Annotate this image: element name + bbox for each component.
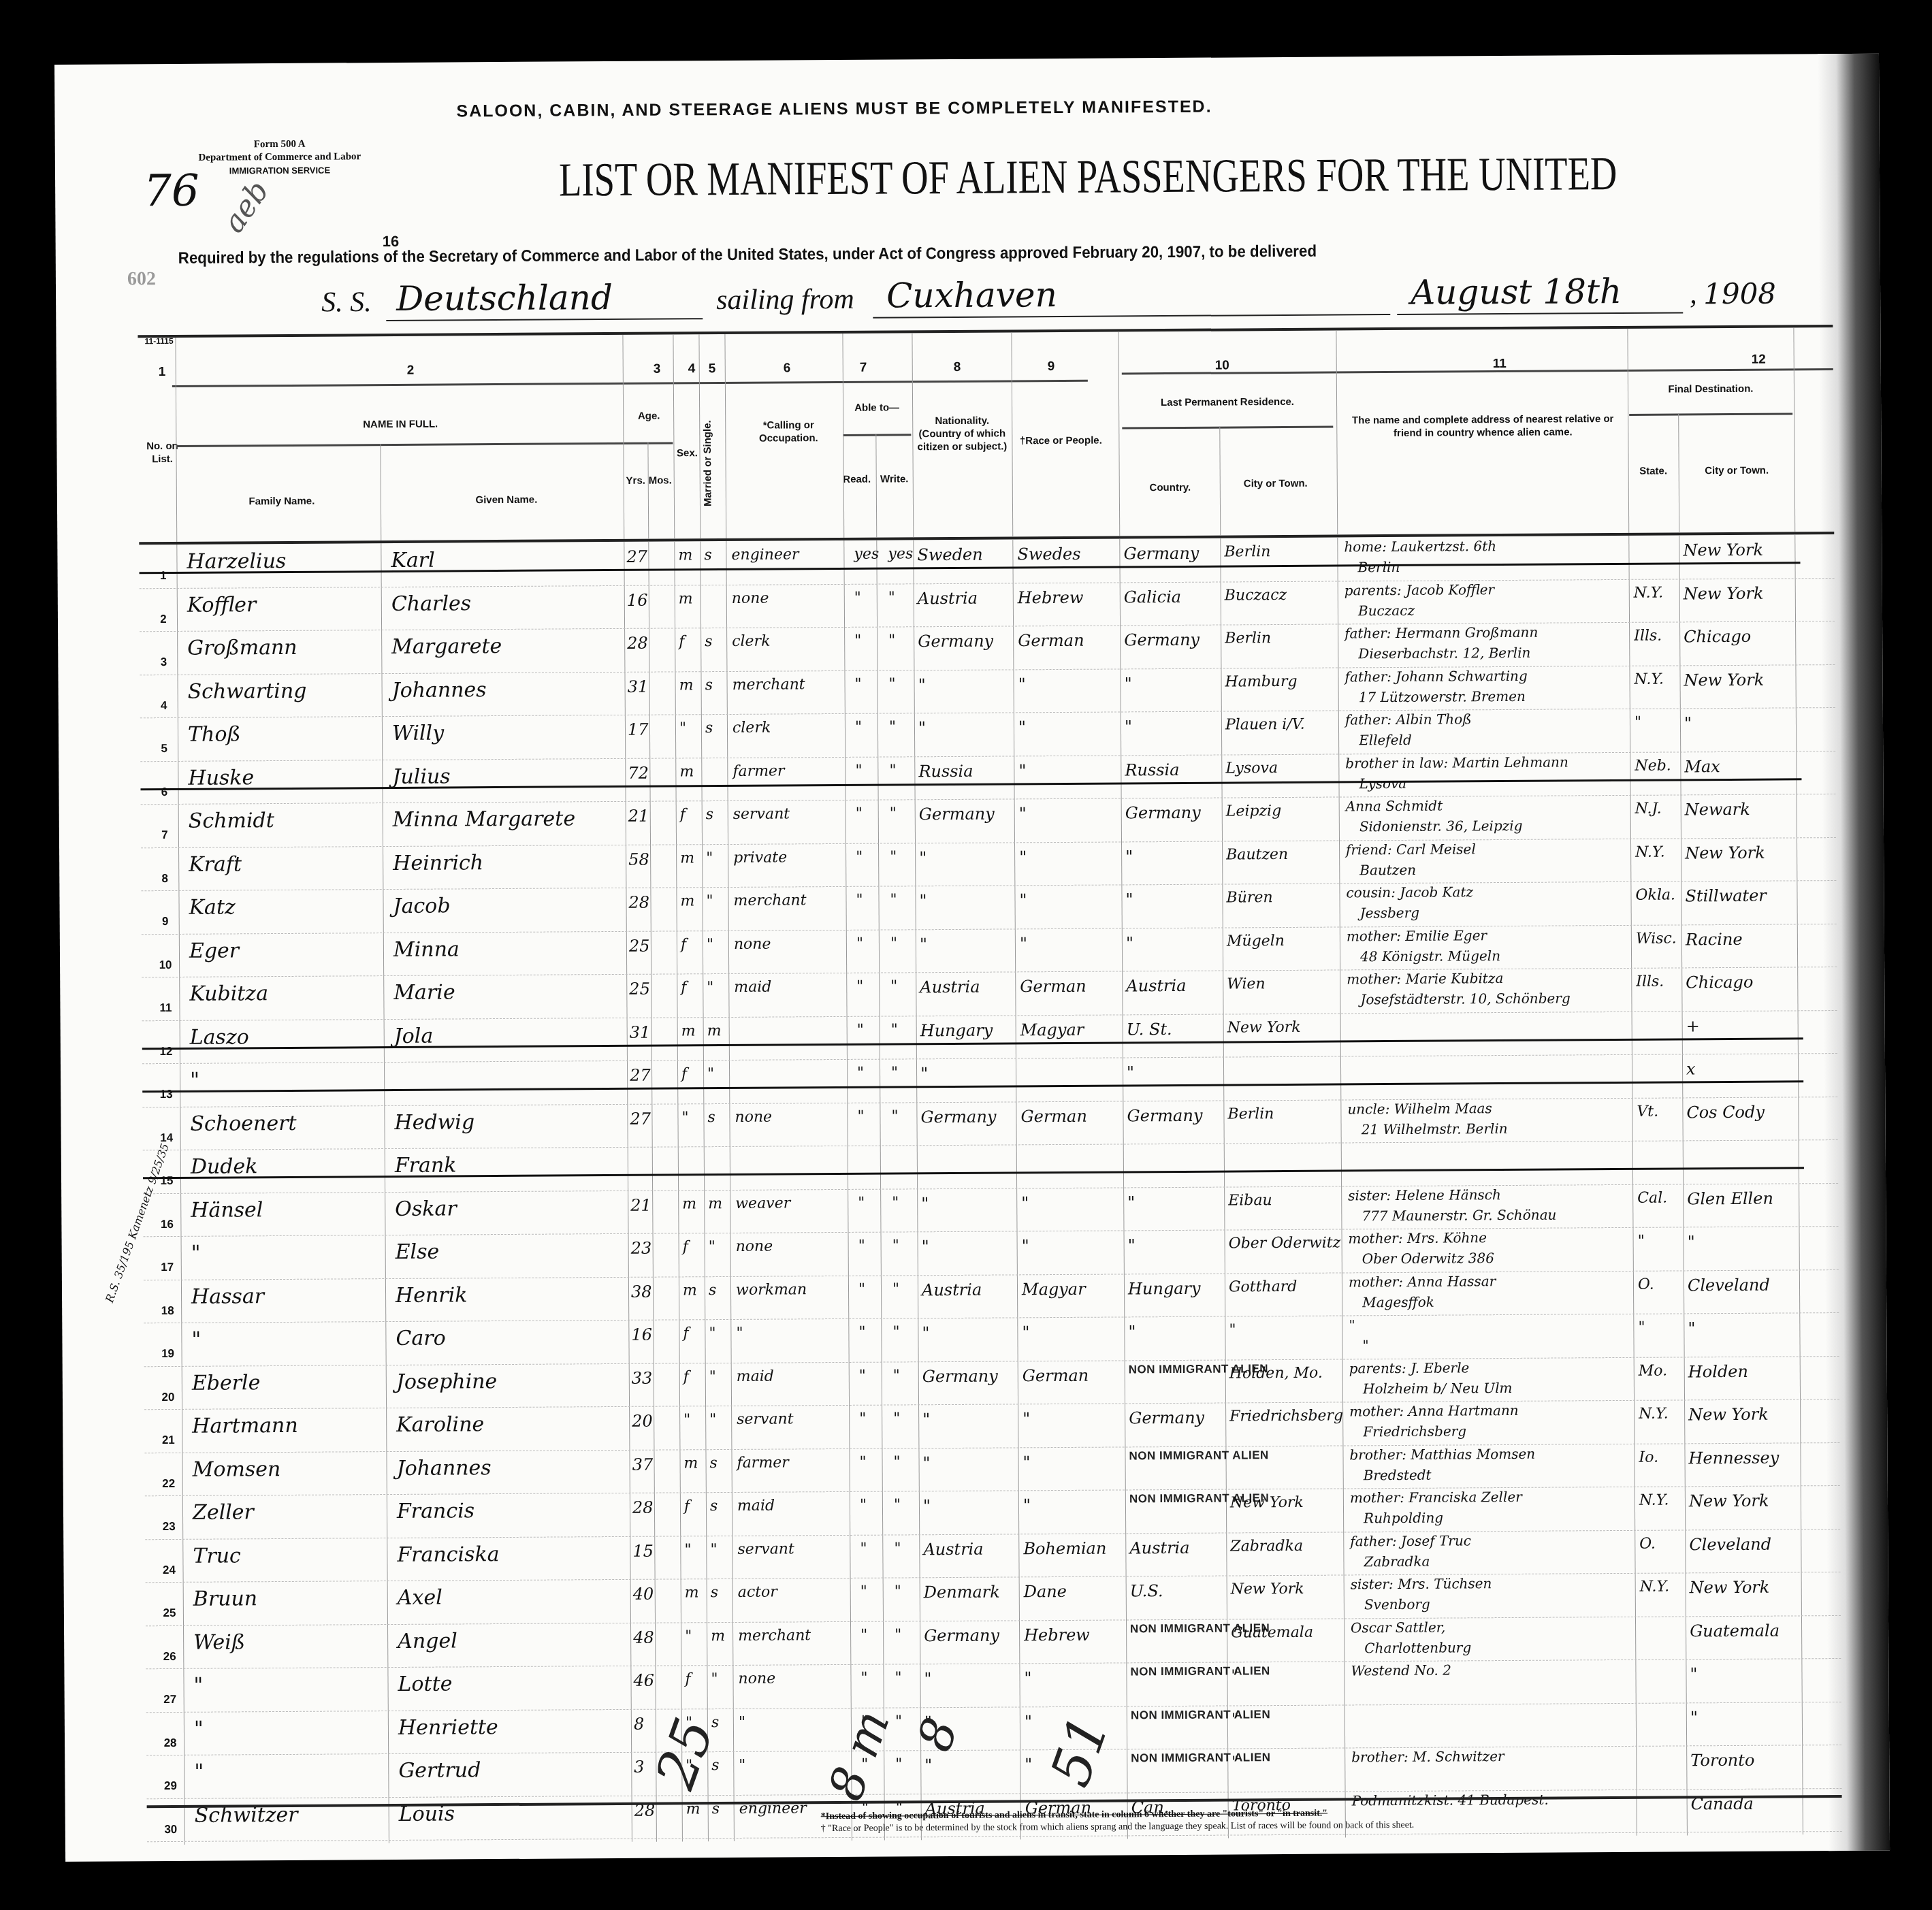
row-number: 2 — [140, 612, 187, 626]
dest-city-cell: New York — [1690, 1578, 1770, 1598]
occupation-cell: none — [735, 1108, 772, 1125]
header-last-residence: Last Permanent Residence. — [1122, 395, 1333, 410]
residence-city-cell: Leipzig — [1226, 803, 1282, 820]
age-cell: 38 — [631, 1282, 652, 1301]
read-cell: " — [859, 1410, 866, 1427]
marital-status-cell: " — [706, 892, 713, 909]
marital-status-cell: s — [707, 1109, 715, 1126]
header-nearest-relative: The name and complete address of nearest… — [1340, 412, 1626, 440]
write-cell: " — [892, 1280, 899, 1297]
nationality-cell: " — [922, 1237, 929, 1256]
relative-address-cell: Ober Oderwitz 386 — [1362, 1250, 1494, 1267]
given-name-cell: Margarete — [391, 634, 502, 659]
relative-name-cell: mother: Anna Hassar — [1349, 1273, 1496, 1290]
write-cell: " — [895, 1669, 901, 1686]
residence-country-cell: Germany — [1123, 544, 1199, 564]
race-cell: " — [1019, 847, 1027, 867]
sex-cell: m — [681, 1022, 696, 1039]
family-name-cell: Schmidt — [189, 809, 274, 833]
header-family-name: Family Name. — [180, 494, 384, 508]
read-cell: yes — [854, 546, 879, 563]
family-name-cell: " — [191, 1328, 201, 1352]
write-cell: " — [891, 1107, 898, 1124]
given-name-cell: Francis — [397, 1499, 474, 1523]
occupation-cell: none — [734, 935, 771, 952]
relative-name-cell: brother in law: Martin Lehmann — [1345, 754, 1568, 771]
sex-cell: m — [680, 849, 694, 867]
manifest-table: 11-1115 1 2 3 4 5 6 7 8 9 10 11 12 No. o… — [138, 325, 1842, 1845]
occupation-cell: actor — [738, 1584, 777, 1601]
row-number: 30 — [147, 1822, 195, 1836]
read-cell: " — [857, 1065, 864, 1082]
residence-city-cell: Wien — [1227, 975, 1266, 992]
sex-cell: " — [685, 1628, 692, 1645]
ship-name: Deutschland — [396, 278, 613, 319]
occupation-cell: private — [733, 849, 787, 866]
dest-state-cell: Wisc. — [1636, 930, 1677, 947]
race-cell: Dane — [1024, 1582, 1067, 1601]
marital-status-cell: " — [709, 1238, 715, 1255]
age-cell: 37 — [632, 1455, 653, 1474]
family-name-cell: Schoenert — [190, 1111, 296, 1135]
given-name-cell: Angel — [398, 1629, 457, 1653]
nationality-cell: Germany — [922, 1366, 998, 1386]
family-name-cell: Hassar — [191, 1284, 264, 1309]
race-cell: Magyar — [1022, 1279, 1086, 1299]
relative-name-cell: father: Johann Schwarting — [1345, 667, 1527, 685]
dest-city-cell: " — [1688, 1232, 1695, 1251]
residence-city-cell: New York — [1230, 1494, 1304, 1512]
read-cell: " — [860, 1670, 867, 1687]
residence-city-cell: " — [1231, 1753, 1238, 1770]
dest-state-cell: Vt. — [1637, 1103, 1658, 1120]
dest-city-cell: New York — [1688, 1405, 1769, 1425]
nationality-cell: " — [923, 1496, 931, 1515]
age-cell: 31 — [628, 677, 649, 696]
sex-cell: f — [683, 1368, 689, 1385]
given-name-cell: Johannes — [396, 1456, 491, 1480]
occupation-cell: workman — [736, 1281, 807, 1299]
nationality-cell: Germany — [924, 1625, 999, 1645]
header-no-on-list: No. on List. — [138, 440, 186, 466]
relative-address-cell: Charlottenburg — [1364, 1639, 1471, 1656]
age-cell: 27 — [626, 547, 647, 566]
age-cell: 25 — [629, 936, 650, 955]
age-cell: 15 — [632, 1541, 654, 1560]
residence-country-cell: Austria — [1126, 976, 1186, 996]
col-num-7: 7 — [860, 361, 867, 376]
given-name-cell: Hedwig — [394, 1110, 474, 1135]
relative-name-cell: uncle: Wilhelm Maas — [1347, 1100, 1492, 1117]
family-name-cell: Zeller — [193, 1500, 254, 1525]
row-number: 11 — [142, 1001, 189, 1015]
occupation-cell: weaver — [735, 1195, 790, 1212]
read-cell: " — [859, 1367, 866, 1384]
row-number: 20 — [144, 1390, 192, 1404]
marital-status-cell: s — [710, 1498, 718, 1515]
page-title: LIST OR MANIFEST OF ALIEN PASSENGERS FOR… — [559, 147, 1617, 208]
dest-city-cell: Cleveland — [1689, 1534, 1771, 1554]
sex-cell: f — [683, 1238, 688, 1255]
relative-address-cell: Sidonienstr. 36, Leipzig — [1359, 818, 1523, 835]
table-header: 11-1115 1 2 3 4 5 6 7 8 9 10 11 12 No. o… — [138, 325, 1834, 545]
write-cell: " — [889, 675, 896, 692]
dest-city-cell: New York — [1683, 540, 1763, 560]
age-cell: 16 — [631, 1325, 652, 1344]
given-name-cell: Minna — [393, 937, 460, 962]
age-cell: 33 — [632, 1368, 653, 1387]
marital-status-cell: " — [706, 849, 713, 867]
race-cell: " — [1023, 1495, 1031, 1515]
service-label: IMMIGRATION SERVICE — [191, 163, 368, 178]
nationality-cell: Austria — [923, 1539, 983, 1559]
nationality-cell: " — [920, 935, 927, 954]
given-name-cell: Henriette — [398, 1715, 498, 1740]
write-cell: " — [893, 1410, 900, 1427]
age-cell: 16 — [627, 590, 648, 609]
family-name-cell: Kraft — [189, 852, 242, 876]
dest-state-cell: N.Y. — [1640, 1579, 1670, 1596]
marital-status-cell: " — [710, 1541, 717, 1558]
residence-city-cell: Bautzen — [1226, 845, 1288, 863]
non-immigrant-stamp: NON IMMIGRANT ALIEN — [1130, 1664, 1270, 1679]
sex-cell: m — [683, 1455, 698, 1472]
read-cell: " — [858, 1194, 865, 1211]
nationality-cell: Russia — [918, 761, 973, 780]
race-cell: " — [1022, 1236, 1029, 1255]
occupation-cell: merchant — [732, 676, 805, 694]
nationality-cell: Austria — [922, 1280, 982, 1299]
dest-state-cell: N.Y. — [1634, 670, 1664, 687]
write-cell: " — [892, 1194, 899, 1211]
given-name-cell: Lotte — [398, 1672, 452, 1696]
header-city: City or Town. — [1221, 477, 1330, 491]
sailing-date: August 18th — [1411, 272, 1622, 312]
occupation-cell: merchant — [738, 1627, 811, 1645]
dest-state-cell: " — [1635, 714, 1641, 731]
read-cell: " — [859, 1453, 866, 1470]
nationality-cell: " — [920, 1064, 928, 1083]
nationality-cell: " — [922, 1410, 930, 1429]
relative-address-cell: " — [1362, 1337, 1368, 1353]
sex-cell: f — [681, 979, 686, 996]
age-cell: 25 — [629, 980, 650, 999]
occupation-cell: clerk — [732, 633, 770, 650]
row-number: 19 — [144, 1347, 192, 1361]
nationality-cell: " — [924, 1755, 932, 1775]
relative-address-cell: Josefstädterstr. 10, Schönberg — [1360, 990, 1570, 1007]
age-cell: 48 — [633, 1628, 654, 1647]
page-number-mark: 76 — [144, 166, 199, 216]
dest-city-cell: Chicago — [1684, 627, 1751, 647]
row-number: 26 — [146, 1649, 193, 1663]
age-cell: 28 — [627, 634, 648, 653]
sex-cell: m — [679, 590, 693, 607]
marital-status-cell: " — [709, 1368, 716, 1385]
row-number: 22 — [145, 1476, 193, 1490]
row-number: 25 — [146, 1606, 193, 1620]
relative-name-cell: sister: Helene Hänsch — [1348, 1186, 1501, 1203]
marital-status-cell: " — [709, 1325, 715, 1342]
occupation-cell: " — [739, 1713, 745, 1730]
ss-label: S. S. — [321, 286, 372, 319]
given-name-cell: Josephine — [396, 1370, 498, 1394]
sex-cell: f — [685, 1670, 690, 1687]
sex-cell: f — [681, 936, 686, 953]
dest-city-cell: New York — [1685, 843, 1765, 862]
race-cell: " — [1023, 1409, 1030, 1428]
dest-state-cell: Cal. — [1637, 1189, 1667, 1206]
write-cell: " — [890, 977, 897, 994]
dest-state-cell: O. — [1638, 1276, 1654, 1293]
read-cell: " — [856, 848, 863, 865]
age-cell: 20 — [632, 1412, 653, 1431]
dest-city-cell: " — [1688, 1318, 1695, 1338]
relative-name-cell: mother: Anna Hartmann — [1349, 1402, 1519, 1420]
initials-mark: aeb — [216, 174, 276, 239]
row-number: 7 — [141, 828, 189, 842]
header-sex: Sex. — [675, 447, 699, 459]
given-name-cell: Julius — [392, 764, 450, 789]
sex-cell: m — [678, 547, 692, 564]
write-cell: " — [891, 1021, 898, 1038]
col-num-2: 2 — [407, 363, 415, 378]
relative-name-cell: parents: J. Eberle — [1349, 1359, 1470, 1376]
residence-country-cell: " — [1124, 674, 1131, 693]
given-name-cell: Axel — [398, 1586, 442, 1610]
dest-city-cell: Holden — [1688, 1361, 1748, 1381]
family-name-cell: Hartmann — [192, 1414, 298, 1438]
sex-cell: f — [683, 1325, 688, 1342]
age-cell: 17 — [628, 720, 649, 739]
occupation-cell: none — [738, 1670, 775, 1687]
nationality-cell: " — [918, 675, 926, 694]
dest-city-cell: " — [1690, 1708, 1698, 1727]
marital-status-cell: s — [709, 1282, 716, 1299]
marital-status-cell: m — [708, 1195, 722, 1212]
family-name-cell: Thoß — [188, 722, 241, 746]
marital-status-cell: " — [707, 1065, 714, 1082]
relative-name-cell: mother: Emilie Eger — [1347, 927, 1487, 944]
dest-city-cell: Chicago — [1686, 973, 1753, 992]
row-number: 17 — [144, 1261, 191, 1274]
footnotes: *Instead of showing occupation of touris… — [821, 1807, 1415, 1835]
nationality-cell: " — [919, 848, 927, 867]
relative-address-cell: Berlin — [1357, 559, 1400, 575]
given-name-cell: Oskar — [395, 1197, 457, 1221]
dest-state-cell: " — [1638, 1233, 1645, 1250]
given-name-cell: Karl — [391, 549, 434, 572]
age-cell: 27 — [630, 1109, 651, 1128]
given-name-cell: Jacob — [393, 894, 450, 918]
dest-city-cell: New York — [1684, 670, 1764, 690]
residence-country-cell: " — [1128, 1322, 1136, 1341]
form-number: Form 500 A — [191, 137, 368, 152]
col-num-10: 10 — [1215, 358, 1229, 373]
dest-state-cell: Ills. — [1636, 973, 1664, 990]
age-cell: 23 — [631, 1239, 652, 1258]
race-cell: " — [1024, 1668, 1031, 1687]
race-cell: " — [1018, 717, 1026, 737]
sex-cell: m — [679, 763, 694, 780]
occupation-cell: servant — [737, 1540, 794, 1558]
family-name-cell: Dudek — [191, 1154, 258, 1179]
write-cell: " — [895, 1626, 901, 1643]
relative-name-cell: brother: Matthias Momsen — [1349, 1445, 1535, 1463]
occupation-cell: " — [736, 1325, 743, 1342]
dest-state-cell: N.Y. — [1634, 584, 1664, 601]
header-final-destination: Final Destination. — [1629, 382, 1792, 395]
age-cell: 46 — [633, 1671, 654, 1690]
family-name-cell: Koffler — [187, 593, 257, 617]
family-name-cell: Großmann — [187, 636, 297, 660]
family-name-cell: Bruun — [193, 1587, 258, 1611]
read-cell: " — [855, 675, 862, 692]
header-name-in-full: NAME IN FULL. — [179, 417, 622, 432]
read-cell: " — [855, 719, 862, 736]
write-cell: " — [889, 718, 896, 735]
race-cell: " — [1019, 804, 1027, 823]
family-name-cell: Huske — [188, 766, 254, 790]
dest-state-cell: Mo. — [1639, 1362, 1668, 1379]
given-name-cell: Willy — [392, 722, 444, 745]
department-label: Department of Commerce and Labor — [191, 150, 368, 165]
write-cell: " — [890, 805, 897, 822]
dest-city-cell: New York — [1684, 583, 1764, 603]
residence-city-cell: " — [1231, 1711, 1238, 1728]
row-number: 3 — [140, 655, 187, 669]
occupation-cell: maid — [734, 979, 771, 996]
row-number: 23 — [145, 1520, 193, 1534]
dest-city-cell: " — [1684, 713, 1692, 732]
relative-address-cell: Zabradka — [1364, 1553, 1430, 1570]
col-num-5: 5 — [709, 361, 716, 376]
row-number: 27 — [146, 1693, 194, 1706]
form-identifier: Form 500 A Department of Commerce and La… — [191, 137, 368, 178]
sex-cell: " — [684, 1541, 691, 1558]
relative-name-cell: parents: Jacob Koffler — [1345, 581, 1494, 598]
race-cell: " — [1021, 1193, 1029, 1212]
dest-city-cell: Max — [1684, 757, 1720, 776]
row-number: 8 — [141, 871, 189, 885]
dest-state-cell: Neb. — [1635, 757, 1671, 774]
relative-name-cell: father: Albin Thoß — [1345, 711, 1472, 728]
race-cell: " — [1022, 1323, 1029, 1342]
read-cell: " — [854, 589, 861, 606]
residence-city-cell: " — [1229, 1321, 1236, 1338]
dest-city-cell: " — [1690, 1664, 1697, 1683]
dest-state-cell: N.Y. — [1635, 843, 1665, 860]
residence-country-cell: Germany — [1125, 803, 1201, 823]
nationality-cell: " — [922, 1323, 929, 1342]
nationality-cell: Sweden — [917, 545, 982, 565]
residence-country-cell: " — [1125, 847, 1133, 866]
residence-city-cell: Berlin — [1225, 630, 1271, 647]
marital-status-cell: " — [707, 936, 713, 953]
stamp-number: 602 — [127, 268, 156, 290]
race-cell: German — [1023, 1365, 1089, 1385]
given-name-cell: Marie — [393, 980, 455, 1005]
residence-city-cell: Plauen i/V. — [1225, 716, 1305, 734]
family-name-cell: " — [194, 1760, 204, 1784]
nationality-cell: " — [919, 891, 927, 910]
write-cell: yes — [888, 545, 913, 562]
nationality-cell: Germany — [919, 805, 995, 824]
relative-name-cell: mother: Franciska Zeller — [1350, 1489, 1522, 1506]
relative-address-cell: 48 Königstr. Mügeln — [1360, 948, 1500, 965]
write-cell: " — [890, 935, 897, 952]
row-number: 6 — [140, 785, 188, 798]
residence-city-cell: Büren — [1226, 889, 1272, 906]
age-cell: 58 — [628, 849, 649, 869]
relative-address-cell: Holzheim b/ Neu Ulm — [1363, 1379, 1513, 1396]
nationality-cell: " — [922, 1453, 930, 1472]
col-num-12: 12 — [1752, 353, 1766, 368]
occupation-cell: none — [736, 1238, 773, 1255]
sex-cell: f — [681, 1065, 687, 1082]
write-cell: " — [895, 1755, 902, 1773]
residence-city-cell: Zabradka — [1230, 1537, 1303, 1555]
age-cell: 27 — [630, 1066, 651, 1085]
dest-city-cell: Stillwater — [1685, 886, 1766, 906]
print-code: 11-1115 — [144, 336, 173, 346]
relative-name-cell: father: Josef Truc — [1350, 1532, 1471, 1549]
relative-name-cell: sister: Mrs. Tüchsen — [1351, 1575, 1492, 1592]
col-num-8: 8 — [954, 360, 961, 375]
race-cell: Hebrew — [1018, 587, 1084, 607]
header-dest-city: City or Town. — [1681, 464, 1793, 477]
row-number: 28 — [146, 1736, 194, 1749]
header-married-single: Married or Single. — [701, 409, 715, 518]
nationality-cell: Denmark — [924, 1583, 1000, 1602]
dest-state-cell: N.Y. — [1639, 1492, 1669, 1509]
nationality-cell: Hungary — [920, 1020, 993, 1040]
write-cell: " — [890, 848, 897, 865]
write-cell: " — [893, 1453, 900, 1470]
dest-city-cell: Newark — [1685, 800, 1750, 820]
marital-status-cell: s — [705, 719, 713, 737]
relative-address-cell: Svenborg — [1364, 1596, 1430, 1613]
sex-cell: f — [680, 806, 686, 823]
row-number: 24 — [145, 1563, 193, 1576]
family-name-cell: " — [190, 1069, 199, 1092]
non-immigrant-stamp: NON IMMIGRANT ALIEN — [1131, 1708, 1270, 1722]
sex-cell: " — [683, 1411, 690, 1428]
given-name-cell: Jola — [394, 1024, 434, 1048]
relative-name-cell: " — [1349, 1316, 1355, 1333]
occupation-cell: merchant — [733, 892, 806, 909]
family-name-cell: Schwarting — [188, 679, 307, 703]
manifest-page: Form 500 A Department of Commerce and La… — [54, 54, 1890, 1862]
residence-city-cell: Hamburg — [1225, 673, 1297, 690]
write-cell: " — [890, 891, 897, 908]
row-number: 21 — [144, 1434, 192, 1447]
read-cell: " — [854, 632, 861, 649]
sex-cell: m — [685, 1584, 699, 1601]
residence-city-cell: Guatemala — [1231, 1623, 1313, 1641]
write-cell: " — [891, 1064, 898, 1081]
nationality-cell: " — [918, 718, 926, 737]
relative-address-cell: Dieserbachstr. 12, Berlin — [1358, 645, 1530, 662]
dest-state-cell: Ills. — [1634, 628, 1662, 645]
race-cell: " — [1018, 761, 1026, 780]
strike-through-line — [143, 1167, 1804, 1179]
header-race: †Race or People. — [1013, 434, 1108, 448]
port-name: Cuxhaven — [886, 275, 1057, 316]
relative-name-cell: home: Laukertzst. 6th — [1344, 538, 1496, 555]
dest-city-cell: Hennessey — [1688, 1448, 1779, 1468]
race-cell: " — [1023, 1453, 1030, 1472]
